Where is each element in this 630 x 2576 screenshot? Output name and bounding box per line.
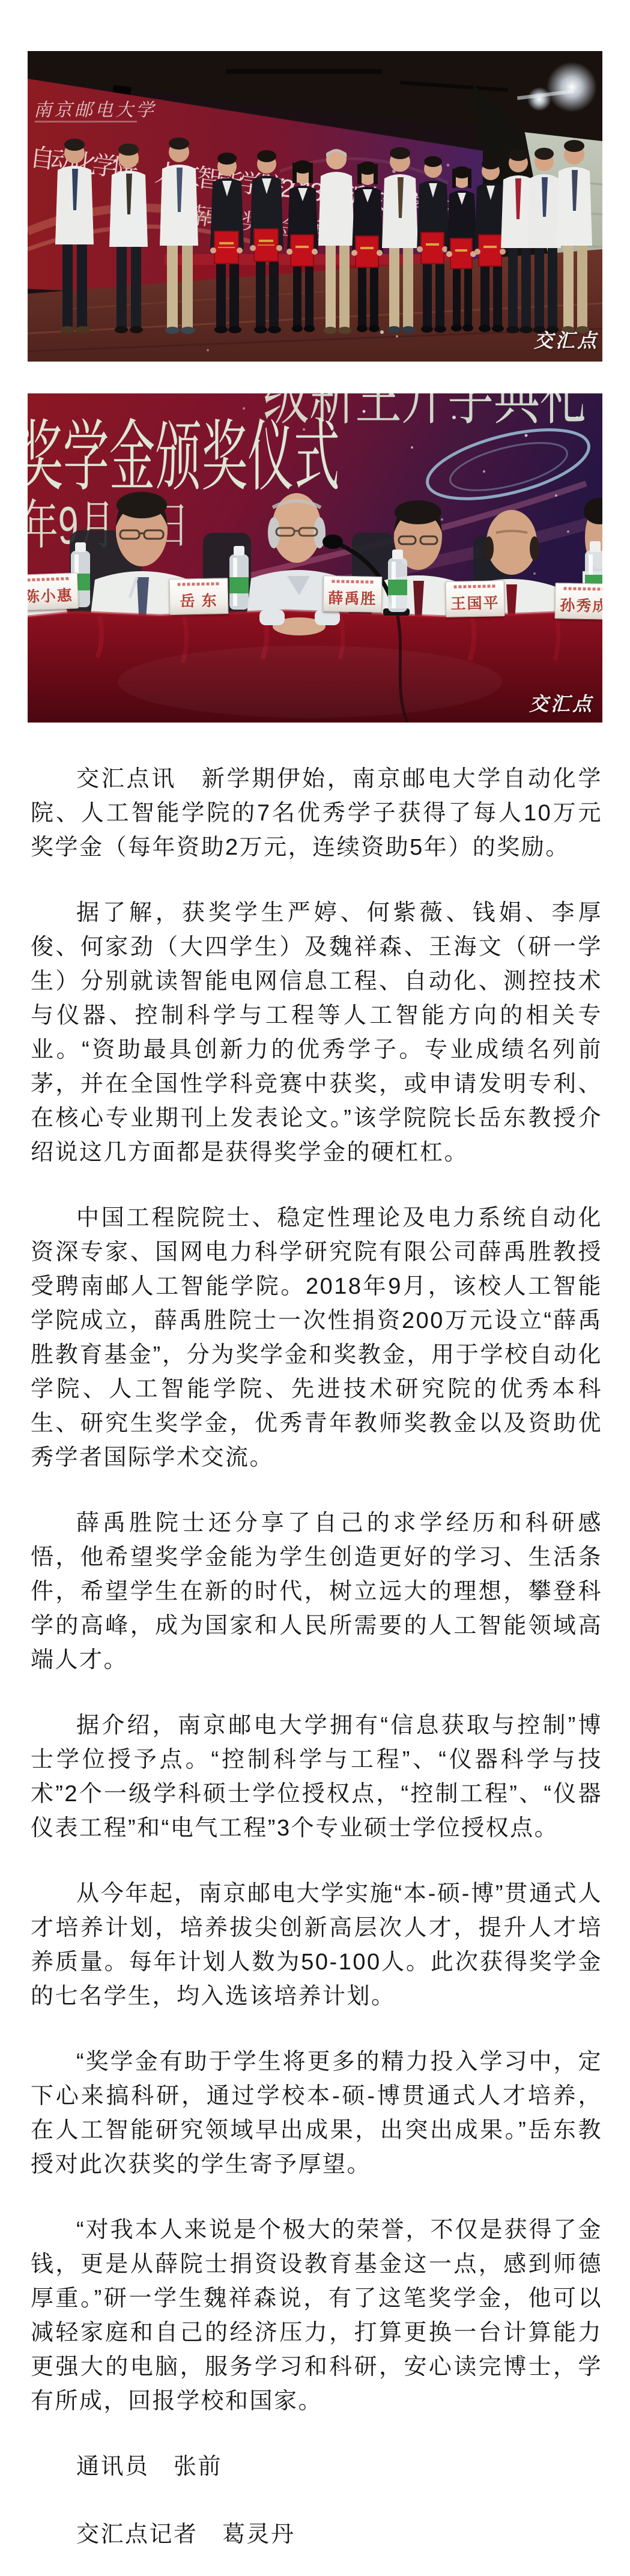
name-card-yuedong: 岳 东 xyxy=(169,578,228,615)
article-body: 交汇点讯 新学期伊始，南京邮电大学自动化学院、人工智能学院的7名优秀学子获得了每… xyxy=(0,762,630,2576)
name-card-label: 王国平 xyxy=(450,591,500,613)
photo-opening-ceremony-stage[interactable]: 南京邮电大学 自动化学院、人工智能学院2018级新生开学典礼 暨薛禹胜奖学金颁奖… xyxy=(28,51,602,362)
stage-scene-illustration: 南京邮电大学 自动化学院、人工智能学院2018级新生开学典礼 暨薛禹胜奖学金颁奖… xyxy=(28,51,602,362)
article-paragraph: 据了解，获奖学生严婷、何紫薇、钱娟、李厚俊、何家劲（大四学生）及魏祥森、王海文（… xyxy=(31,896,602,1170)
name-card-sunxiucheng: 孙秀成 xyxy=(554,583,602,620)
article-paragraph: “奖学金有助于学生将更多的精力投入学习中，定下心来搞科研，通过学校本-硕-博贯通… xyxy=(31,2045,602,2182)
name-card-header-strip xyxy=(178,582,219,586)
byline-reporter: 交汇点记者 葛灵丹 xyxy=(31,2518,602,2552)
name-card-header-strip xyxy=(332,580,374,583)
photo-scholarship-award-table[interactable]: 级新生开学典礼 奖学金颁奖仪式 年9月 日 xyxy=(28,393,602,723)
university-logo-text: 南京邮电大学 xyxy=(34,100,156,120)
name-card-header-strip xyxy=(454,584,495,588)
name-card-label: 陈小惠 xyxy=(28,583,73,607)
article-paragraph: 薛禹胜院士还分享了自己的求学经历和科研感悟，他希望奖学金能为学生创造更好的学习、… xyxy=(31,1506,602,1677)
name-card-label: 薛禹胜 xyxy=(328,586,377,608)
name-card-xueyusheng: 薛禹胜 xyxy=(323,575,382,613)
banner-title-text: 奖学金颁奖仪式 xyxy=(28,413,340,500)
article-paragraph: 据介绍，南京邮电大学拥有“信息获取与控制”博士学位授予点。“控制科学与工程”、“… xyxy=(31,1709,602,1846)
name-card-chenxiaohui: 陈小惠 xyxy=(28,572,79,610)
photo-watermark: 交汇点 xyxy=(534,326,599,353)
name-card-wangguoping: 王国平 xyxy=(445,580,504,617)
award-table-scene-illustration: 级新生开学典礼 奖学金颁奖仪式 年9月 日 xyxy=(28,393,602,723)
name-card-header-strip xyxy=(28,577,69,581)
photo-watermark: 交汇点 xyxy=(529,689,594,717)
stage-light-glare xyxy=(547,62,597,112)
article-paragraph: 从今年起，南京邮电大学实施“本-硕-博”贯通式人才培养计划，培养拔尖创新高层次人… xyxy=(31,1877,602,2014)
name-card-label: 孙秀成 xyxy=(560,593,602,616)
name-card-header-strip xyxy=(564,587,602,590)
article-paragraph: “对我本人来说是个极大的荣誉，不仅是获得了金钱，更是从薛院士捐资设教育基金这一点… xyxy=(31,2213,602,2419)
article-paragraph-lede: 交汇点讯 新学期伊始，南京邮电大学自动化学院、人工智能学院的7名优秀学子获得了每… xyxy=(31,762,602,865)
news-article-page: 南京邮电大学 自动化学院、人工智能学院2018级新生开学典礼 暨薛禹胜奖学金颁奖… xyxy=(0,51,630,2576)
byline-correspondent: 通讯员 张前 xyxy=(31,2450,602,2484)
article-paragraph: 中国工程院院士、稳定性理论及电力系统自动化资深专家、国网电力科学研究院有限公司薛… xyxy=(31,1201,602,1475)
name-card-label: 岳 东 xyxy=(180,589,218,611)
